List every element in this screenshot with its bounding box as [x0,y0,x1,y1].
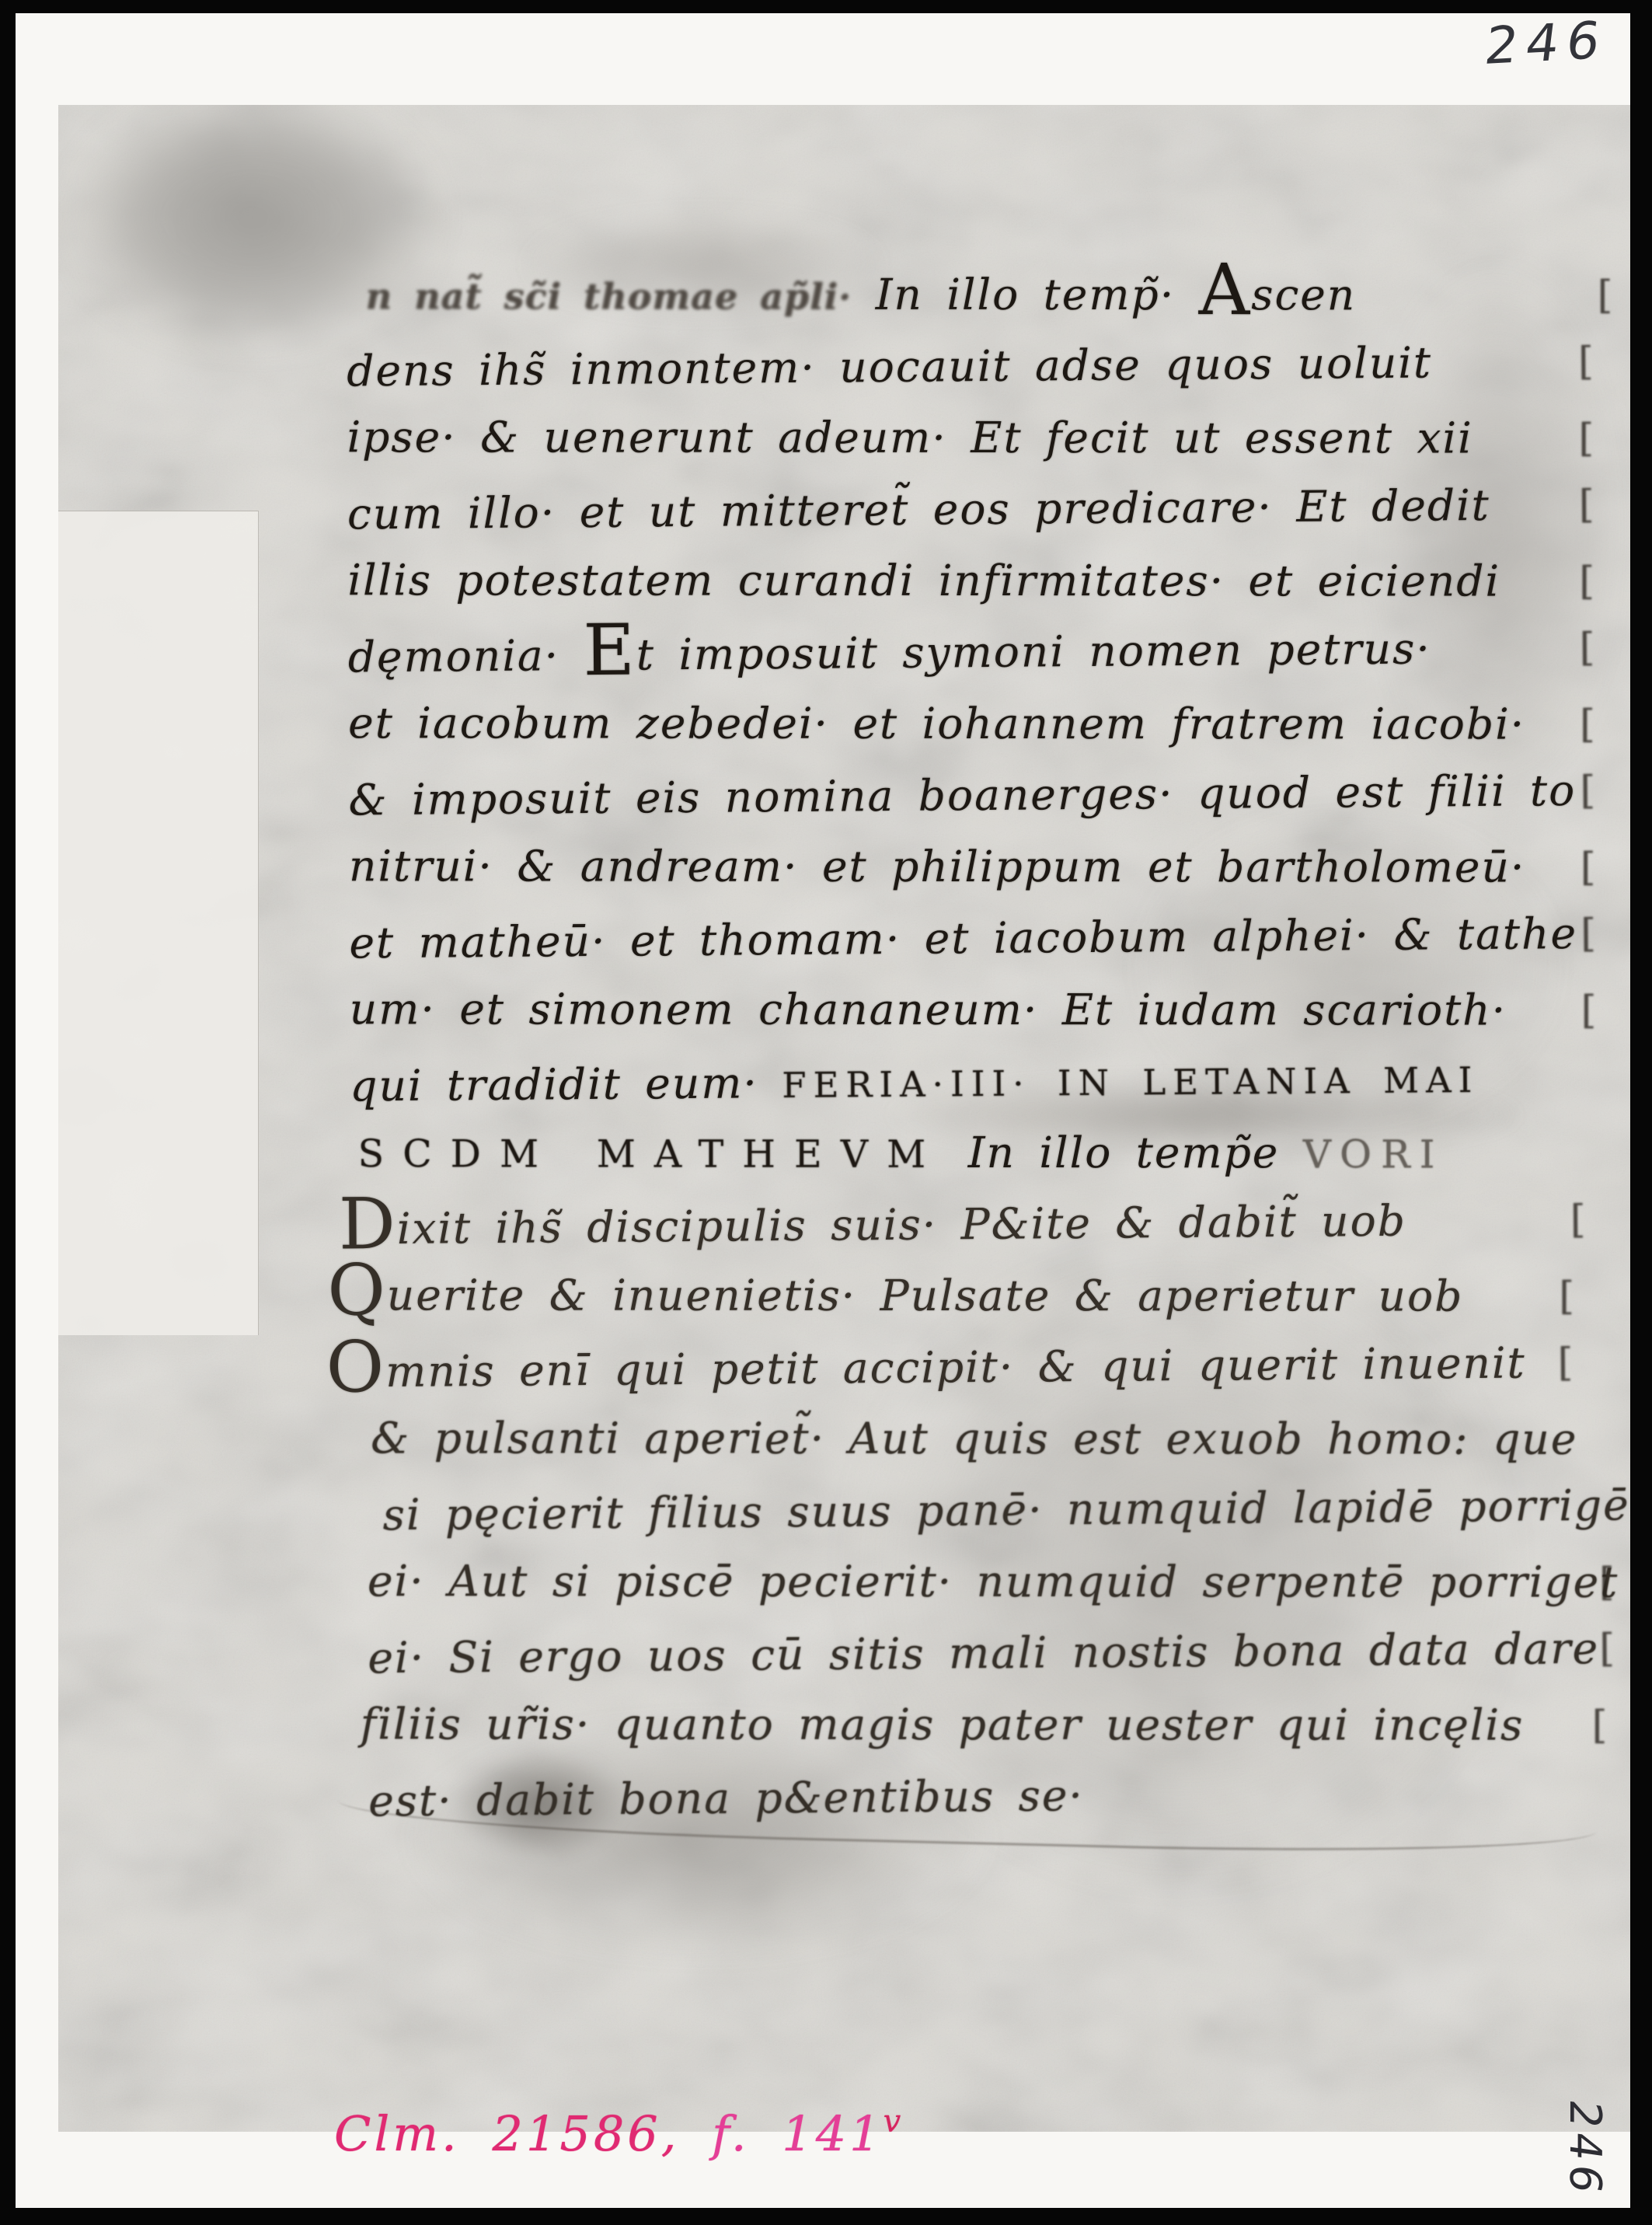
showthrough-mark: [ [1581,832,1598,903]
showthrough-mark: [ [1592,1690,1609,1761]
manuscript-line: & pulsanti aperiet̃· Aut quis est exuob … [371,1402,1626,1474]
text-segment-plain: & pulsanti aperiet̃· Aut quis est exuob … [371,1413,1577,1463]
text-segment-plain: In illo temp̃· [852,270,1199,319]
showthrough-mark: [ [1599,1547,1616,1618]
manuscript-line: ipse· & uenerunt adeum· Et fecit ut esse… [347,401,1622,473]
showthrough-mark: [ [1598,260,1615,331]
text-segment-caps: FERIA·III· IN LETANIA MAI [782,1059,1479,1106]
manuscript-lines: n nat̃ sc̃i thomae ap̃li· In illo temp̃·… [347,256,1628,1834]
repair-patch [58,511,259,1335]
showthrough-mark: [ [1581,898,1598,969]
text-segment-plain: et iacobum zebedei· et iohannem fratrem … [348,698,1525,748]
folio-number-top: 246 [1482,10,1612,76]
showthrough-mark: [ [1579,469,1596,540]
showthrough-mark: [ [1578,326,1595,397]
manuscript-line: SCDM MATHEVM In illo temp̃e VORI [358,1116,1625,1188]
text-segment-plain: illis potestatem curandi infirmitates· e… [347,555,1500,605]
showthrough-mark: [ [1581,975,1598,1046]
text-segment-plain: In illo temp̃e [944,1128,1303,1177]
manuscript-line: ei· Si ergo uos cū sitis mali nostis bon… [368,1613,1627,1694]
text-segment-caps-faded: VORI [1303,1132,1445,1177]
showthrough-mark: [ [1599,1613,1616,1684]
photo-canvas: n nat̃ sc̃i thomae ap̃li· In illo temp̃·… [0,0,1652,2225]
manuscript-line: illis potestatem curandi infirmitates· e… [347,544,1622,616]
photo-paper: n nat̃ sc̃i thomae ap̃li· In illo temp̃·… [16,13,1630,2208]
text-segment-initial: A [1199,249,1252,331]
showthrough-mark: [ [1579,612,1596,683]
manuscript-line: si pęcierit filius suus panē· numquid la… [382,1470,1626,1551]
manuscript-line: um· et simonem chananeum· Et iudam scari… [350,973,1624,1045]
folio-number-side: 246 [1560,2097,1610,2201]
showthrough-mark: [ [1570,1184,1588,1255]
showthrough-mark: [ [1557,1327,1574,1398]
showthrough-mark: [ [1559,1261,1576,1332]
text-segment-plain: si pęcierit filius suus panē· numquid la… [382,1480,1629,1540]
shelfmark-text: Clm. 21586, [334,2105,679,2162]
showthrough-mark: [ [1579,403,1596,474]
manuscript-line: dęmonia· Et imposuit symoni nomen petrus… [347,612,1622,693]
text-segment-plain: cum illo· et ut mitteret̃ eos predicare·… [347,480,1490,539]
text-segment-plain: um· et simonem chananeum· Et iudam scari… [350,984,1507,1034]
manuscript-line: est· dabit bona p&entibus se· [368,1756,1628,1837]
text-segment-plain: uerite & inuenietis· Pulsate & aperietur… [387,1270,1464,1320]
manuscript-line: nitrui· & andream· et philippum et barth… [349,830,1623,902]
text-segment-plain: & imposuit eis nomina boanerges· quod es… [348,765,1576,825]
manuscript-line: n nat̃ sc̃i thomae ap̃li· In illo temp̃·… [366,258,1621,330]
manuscript-line: Omnis enī qui petit accipit· & qui queri… [326,1327,1626,1408]
manuscript-page: n nat̃ sc̃i thomae ap̃li· In illo temp̃·… [58,105,1630,2132]
text-segment-plain: ixit ihs̃ discipulis suis· P&ite & dabit… [397,1196,1407,1254]
text-segment-plain: mnis enī qui petit accipit· & qui querit… [385,1338,1526,1397]
folio-ref-text: f. 141 [712,2105,884,2162]
text-segment-caps-spaced: SCDM MATHEVM [358,1132,945,1177]
text-segment-plain: t imposuit symoni nomen petrus· [636,623,1431,679]
text-segment-plain: qui tradidit eum· [350,1058,782,1111]
manuscript-line: et iacobum zebedei· et iohannem fratrem … [348,687,1622,759]
manuscript-line: Dixit ihs̃ discipulis suis· P&ite & dabi… [339,1184,1626,1265]
manuscript-line: ei· Aut si piscē pecierit· numquid serpe… [368,1545,1626,1617]
manuscript-line: filiis ur̃is· quanto magis pater uester … [361,1688,1627,1760]
showthrough-mark: [ [1580,755,1597,826]
text-segment-plain: scen [1251,270,1356,319]
text-segment-initial: O [326,1327,385,1409]
manuscript-line: qui tradidit eum· FERIA·III· IN LETANIA … [350,1041,1625,1122]
text-segment-plain: nitrui· & andream· et philippum et barth… [349,841,1525,891]
text-segment-plain: ei· Aut si piscē pecierit· numquid serpe… [368,1556,1619,1606]
manuscript-line: & imposuit eis nomina boanerges· quod es… [348,755,1623,836]
text-segment-plain: filiis ur̃is· quanto magis pater uester … [361,1699,1524,1749]
text-segment-plain: dęmonia· [348,630,584,682]
text-segment-plain: ei· Si ergo uos cū sitis mali nostis bon… [368,1623,1599,1683]
manuscript-line: dens ihs̃ inmontem· uocauit adse quos uo… [347,326,1622,407]
text-segment-plain: ipse· & uenerunt adeum· Et fecit ut esse… [347,412,1473,462]
text-segment-rubric: n nat̃ sc̃i thomae ap̃li· [366,275,852,318]
text-segment-initial: E [583,610,636,692]
manuscript-line: et matheū· et thomam· et iacobum alphei·… [349,898,1624,979]
showthrough-mark: [ [1580,689,1597,760]
text-segment-initial: Q [327,1250,386,1331]
manuscript-line: Querite & inuenietis· Pulsate & aperietu… [327,1259,1625,1331]
folio-side-superscript: v [884,2104,904,2140]
showthrough-mark: [ [1579,546,1596,617]
text-segment-plain: dens ihs̃ inmontem· uocauit adse quos uo… [347,337,1432,396]
text-segment-plain: et matheū· et thomam· et iacobum alphei·… [349,908,1577,968]
manuscript-line: cum illo· et ut mitteret̃ eos predicare·… [347,469,1622,550]
text-segment-plain: est· dabit bona p&entibus se· [368,1770,1084,1826]
shelfmark-annotation: Clm. 21586, f. 141v [334,2104,904,2162]
